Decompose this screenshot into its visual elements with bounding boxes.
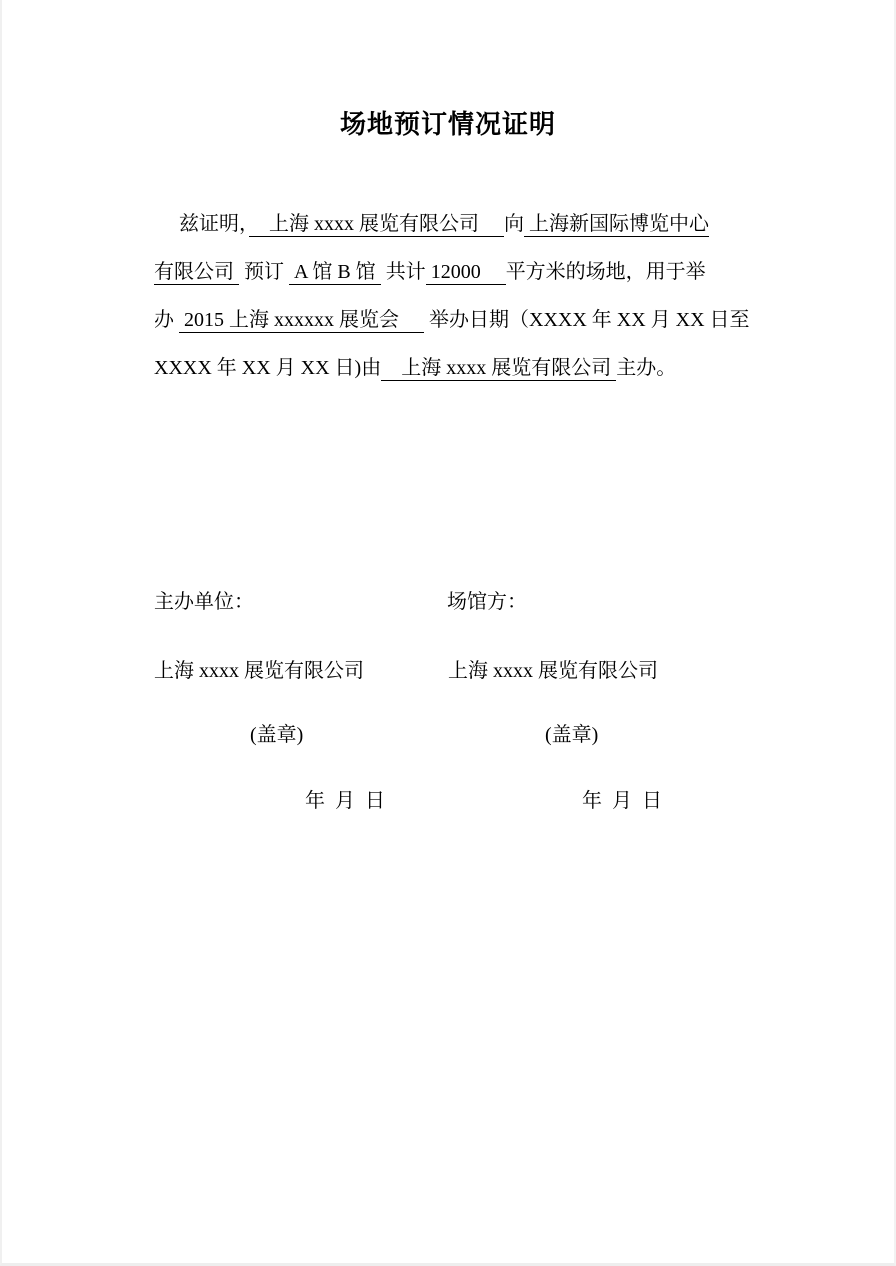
- body-text-segment: 举办日期（XXXX 年 XX 月 XX 日至: [424, 309, 750, 331]
- body-line: 办 2015 上海 xxxxxx 展览会 举办日期（XXXX 年 XX 月 XX…: [154, 296, 814, 344]
- venue-party-label: 场馆方：: [447, 589, 527, 615]
- body-line: 兹证明， 上海 xxxx 展览有限公司 向 上海新国际博览中心: [154, 200, 814, 248]
- host-date-line: 年 月 日: [305, 788, 385, 814]
- body-text-segment: XXXX 年 XX 月 XX 日)由: [154, 357, 381, 379]
- underlined-field: A 馆 B 馆: [289, 261, 381, 285]
- underlined-field: 有限公司: [154, 261, 239, 285]
- body-text-segment: 平方米的场地，用于举: [506, 261, 706, 283]
- underlined-field: 12000: [426, 261, 506, 285]
- body-text-segment: 主办。: [616, 357, 676, 379]
- document-body: 兹证明， 上海 xxxx 展览有限公司 向 上海新国际博览中心有限公司 预订 A…: [154, 200, 814, 392]
- underlined-field: 上海新国际博览中心: [524, 213, 709, 237]
- venue-date-line: 年 月 日: [582, 788, 662, 814]
- body-text-segment: 办: [154, 309, 179, 331]
- host-seal-label: (盖章): [250, 722, 303, 748]
- body-text-segment: 向: [504, 213, 524, 235]
- body-text-segment: 兹证明，: [179, 213, 249, 235]
- body-text-segment: 共计: [381, 261, 426, 283]
- host-unit-label: 主办单位：: [154, 589, 254, 615]
- document-title: 场地预订情况证明: [2, 110, 894, 140]
- venue-seal-label: (盖章): [545, 722, 598, 748]
- body-line: 有限公司 预订 A 馆 B 馆 共计 12000 平方米的场地，用于举: [154, 248, 814, 296]
- underlined-field: 上海 xxxx 展览有限公司: [381, 357, 616, 381]
- document-page: 场地预订情况证明 兹证明， 上海 xxxx 展览有限公司 向 上海新国际博览中心…: [0, 0, 896, 1266]
- underlined-field: 2015 上海 xxxxxx 展览会: [179, 309, 424, 333]
- underlined-field: 上海 xxxx 展览有限公司: [249, 213, 504, 237]
- venue-company-name: 上海 xxxx 展览有限公司: [448, 658, 658, 684]
- host-company-name: 上海 xxxx 展览有限公司: [154, 658, 364, 684]
- body-line: XXXX 年 XX 月 XX 日)由 上海 xxxx 展览有限公司 主办。: [154, 344, 814, 392]
- body-text-segment: 预订: [239, 261, 289, 283]
